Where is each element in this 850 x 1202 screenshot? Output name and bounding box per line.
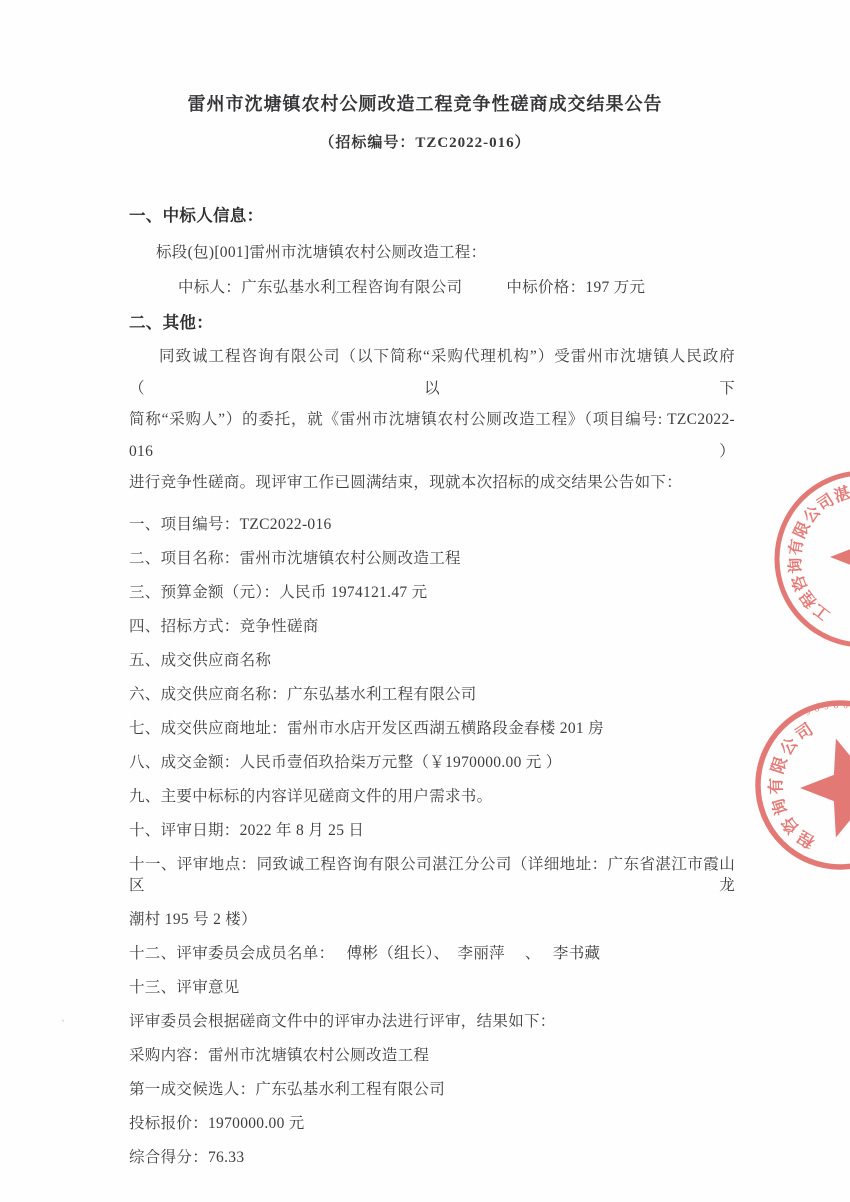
- seal-arc-character: 程: [793, 827, 818, 853]
- winning-price: 中标价格：197 万元: [506, 279, 645, 296]
- document-body: 一、中标人信息： 标段(包)[001]雷州市沈塘镇农村公厕改造工程： 中标人：广…: [129, 205, 735, 1168]
- seal-arc-character: 司: [814, 490, 838, 515]
- section2-heading: 二、其他：: [129, 312, 735, 334]
- seal-arc-character: 5: [823, 701, 830, 712]
- text-line: 进行竞争性磋商。现评审工作已圆满结束，现就本次招标的成交结果公告如下：: [129, 467, 735, 499]
- text-line: 简称“采购人”）的委托，就《雷州市沈塘镇农村公厕改造工程》（项目编号: TZC2…: [129, 404, 735, 467]
- seal-ring: [758, 703, 850, 867]
- text-line: 七、成交供应商地址：雷州市水店开发区西湖五横路段金春楼 201 房: [129, 718, 735, 739]
- winner-name: 中标人：广东弘基水利工程咨询有限公司: [178, 279, 462, 296]
- seal-arc-character: 有: [785, 538, 806, 557]
- text-line: 同致诚工程咨询有限公司（以下简称“采购代理机构”）受雷州市沈塘镇人民政府（以下: [129, 341, 735, 404]
- tender-number-subtitle: （招标编号：TZC2022-016）: [0, 133, 850, 154]
- text-line: 八、成交金额：人民币壹佰玖拾柒万元整（￥1970000.00 元 ）: [129, 752, 735, 773]
- text-line: 二、项目名称：雷州市沈塘镇农村公厕改造工程: [129, 548, 735, 569]
- seal-arc-character: 公: [776, 734, 801, 759]
- scanned-announcement-page: 雷州市沈塘镇农村公厕改造工程竞争性磋商成交结果公告 （招标编号：TZC2022-…: [0, 0, 850, 1202]
- text-line: 采购内容：雷州市沈塘镇农村公厕改造工程: [129, 1045, 735, 1066]
- text-line: 六、成交供应商名称：广东弘基水利工程有限公司: [129, 684, 735, 705]
- announcement-list: 一、项目编号：TZC2022-016二、项目名称：雷州市沈塘镇农村公厕改造工程三…: [129, 514, 735, 1168]
- winner-line: 中标人：广东弘基水利工程咨询有限公司中标价格：197 万元: [129, 277, 735, 298]
- text-line: 潮村 195 号 2 楼）: [129, 909, 735, 930]
- seal-arc-character: 司: [792, 719, 816, 744]
- company-seal-upper: 工程咨询有限公司湛: [777, 473, 850, 645]
- text-line: 投标报价：1970000.00 元: [129, 1113, 735, 1134]
- company-seal-lower: 程咨询有限公司98586: [758, 700, 850, 867]
- text-line: 评审委员会根据磋商文件中的评审办法进行评审，结果如下：: [129, 1011, 735, 1032]
- text-line: 十一、评审地点：同致诚工程咨询有限公司湛江分公司（详细地址：广东省湛江市霞山区龙: [129, 854, 735, 896]
- seal-arc-character: 询: [785, 557, 805, 575]
- seal-star-icon: [830, 519, 850, 595]
- text-line: 三、预算金额（元）：人民币 1974121.47 元: [129, 582, 735, 603]
- text-line: 十三、评审意见: [129, 977, 735, 998]
- seal-ring: [777, 473, 850, 645]
- text-line: 综合得分：76.33: [129, 1147, 735, 1168]
- text-line: 四、招标方式：竞争性磋商: [129, 616, 735, 637]
- seal-arc-character: 6: [843, 700, 849, 710]
- seal-arc-character: 限: [768, 754, 791, 776]
- seal-arc-character: 咨: [788, 572, 811, 594]
- document-title: 雷州市沈塘镇农村公厕改造工程竞争性磋商成交结果公告: [0, 0, 850, 116]
- seal-arc-character: 程: [796, 587, 821, 611]
- seal-arc-character: 9: [803, 706, 812, 717]
- seal-arc-character: 询: [767, 795, 792, 818]
- text-line: 第一成交候选人：广东弘基水利工程有限公司: [129, 1079, 735, 1100]
- section1-heading: 一、中标人信息：: [129, 205, 735, 227]
- seal-arc-character: 限: [790, 518, 814, 541]
- seal-star-icon: [800, 739, 850, 838]
- seal-arc-character: 公: [800, 502, 825, 527]
- text-line: 十二、评审委员会成员名单： 傅彬（组长）、 李丽萍 、 李书藏: [129, 943, 735, 964]
- text-line: 九、主要中标标的内容详见磋商文件的用户需求书。: [129, 786, 735, 807]
- seal-arc-character: 咨: [777, 812, 803, 838]
- text-line: 五、成交供应商名称: [129, 650, 735, 671]
- seal-arc-character: 8: [813, 703, 821, 714]
- lot-package-line: 标段(包)[001]雷州市沈塘镇农村公厕改造工程：: [129, 242, 735, 263]
- text-line: 一、项目编号：TZC2022-016: [129, 514, 735, 535]
- text-line: 十、评审日期：2022 年 8 月 25 日: [129, 820, 735, 841]
- seal-arc-character: 有: [765, 777, 785, 794]
- seal-arc-character: 湛: [832, 484, 850, 506]
- intro-paragraph: 同致诚工程咨询有限公司（以下简称“采购代理机构”）受雷州市沈塘镇人民政府（以下简…: [129, 341, 735, 499]
- seal-arc-character: 8: [833, 700, 839, 710]
- seal-arc-character: 工: [810, 600, 833, 623]
- scan-noise-mark: 、: [60, 1009, 74, 1026]
